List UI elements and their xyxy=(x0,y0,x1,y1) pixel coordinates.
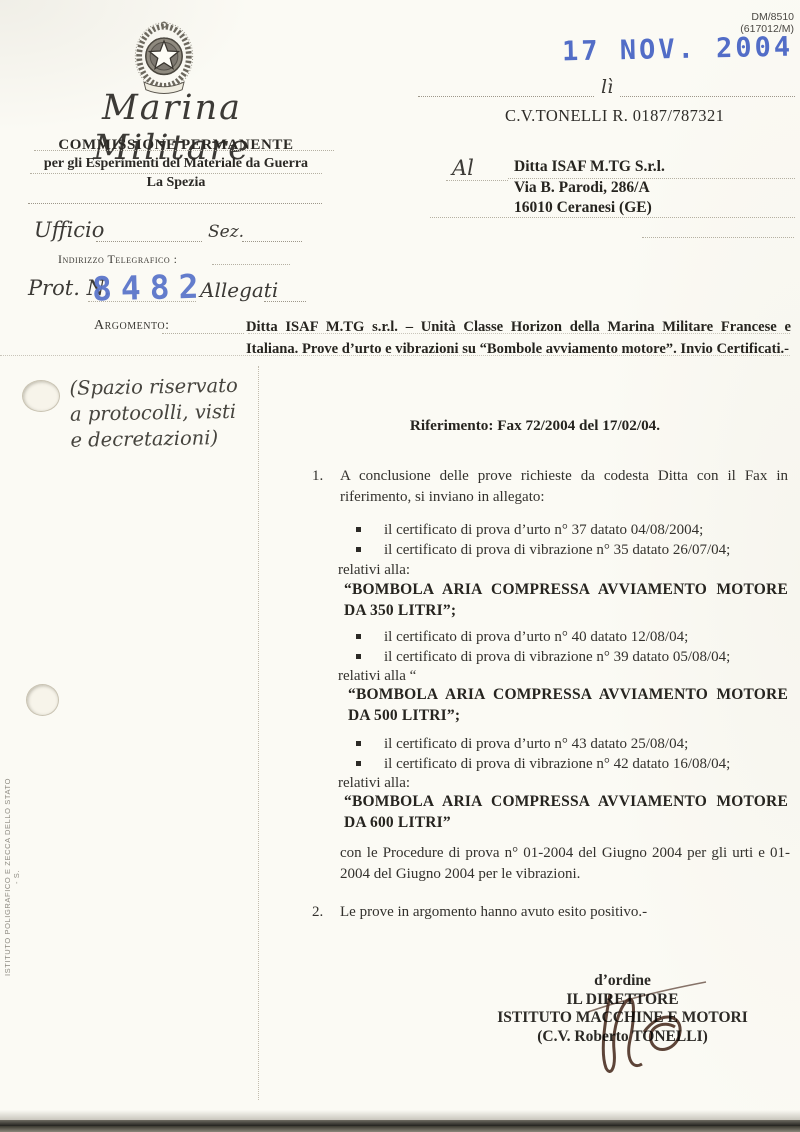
bombola-heading: “BOMBOLA ARIA COMPRESSA AVVIAMENTO MOTOR… xyxy=(348,684,788,726)
subject-text: Ditta ISAF M.TG s.r.l. – Unità Classe Ho… xyxy=(246,317,791,360)
procedures-paragraph: con le Procedure di prova n° 01-2004 del… xyxy=(340,843,790,885)
form-code: DM/8510 xyxy=(678,12,794,24)
date-stamp: 17 NOV. 2004 xyxy=(562,32,794,68)
al-label: Al xyxy=(452,156,474,180)
commission-subtitle: per gli Esperimenti del Materiale da Gue… xyxy=(24,156,328,172)
scan-edge-bottom xyxy=(0,1126,800,1132)
bullet-square-icon xyxy=(356,654,361,659)
dotted-rule xyxy=(446,180,508,181)
dotted-rule xyxy=(242,241,302,242)
dotted-rule xyxy=(88,301,196,302)
vertical-dotted-separator xyxy=(258,366,259,1100)
sez-label: Sez. xyxy=(208,222,244,242)
list-item-1-text: A conclusione delle prove richieste da c… xyxy=(340,466,788,508)
certificate-bullet: il certificato di prova di vibrazione n°… xyxy=(384,647,788,668)
bullet-square-icon xyxy=(356,527,361,532)
dotted-rule xyxy=(430,217,795,218)
certificate-bullet: il certificato di prova d’urto n° 43 dat… xyxy=(384,734,788,755)
list-item-2-number: 2. xyxy=(312,902,323,923)
certificate-bullet: il certificato di prova d’urto n° 40 dat… xyxy=(384,627,788,648)
dotted-rule xyxy=(28,203,322,204)
hole-punch xyxy=(26,684,59,716)
reference-line: Riferimento: Fax 72/2004 del 17/02/04. xyxy=(300,417,770,435)
bullet-square-icon xyxy=(356,547,361,552)
margin-note-line: e decretazioni) xyxy=(70,424,270,453)
commission-title: COMMISSIONE PERMANENTE xyxy=(30,137,322,154)
certificate-bullet: il certificato di prova di vibrazione n°… xyxy=(384,754,788,775)
margin-reserved-note: (Spazio riservato a protocolli, visti e … xyxy=(69,372,270,453)
dotted-rule xyxy=(30,173,322,174)
margin-note-line: a protocolli, visti xyxy=(70,398,270,427)
list-item-2-text: Le prove in argomento hanno avuto esito … xyxy=(340,902,790,923)
handwritten-signature xyxy=(588,980,708,1078)
li-label: lì xyxy=(601,76,613,98)
dotted-rule xyxy=(642,237,794,238)
relativi-alla-line: relativi alla: xyxy=(338,560,410,581)
ufficio-label: Ufficio xyxy=(34,218,104,242)
certificate-bullet: il certificato di prova di vibrazione n°… xyxy=(384,540,788,561)
bullet-square-icon xyxy=(356,761,361,766)
hole-punch xyxy=(22,380,60,412)
addressee-line3: 16010 Ceranesi (GE) xyxy=(514,199,652,217)
argomento-label: Argomento: xyxy=(94,318,169,334)
addressee-line1: Ditta ISAF M.TG S.r.l. xyxy=(514,158,665,176)
addressee-line2: Via B. Parodi, 286/A xyxy=(514,179,650,197)
commission-city: La Spezia xyxy=(30,175,322,191)
scanned-letter-page: DM/8510 (617012/M) 17 NOV. 2004 lì C.V.T… xyxy=(0,0,800,1132)
list-item-1-number: 1. xyxy=(312,466,323,487)
handwritten-signature-icon xyxy=(588,980,708,1078)
dotted-rule xyxy=(264,301,306,302)
margin-note-line: (Spazio riservato xyxy=(69,372,269,401)
certificate-bullet: il certificato di prova d’urto n° 37 dat… xyxy=(384,520,788,541)
dotted-rule xyxy=(96,241,202,242)
bullet-square-icon xyxy=(356,634,361,639)
allegati-label: Allegati xyxy=(200,278,278,302)
bombola-heading: “BOMBOLA ARIA COMPRESSA AVVIAMENTO MOTOR… xyxy=(344,791,788,833)
dotted-rule xyxy=(620,96,795,97)
dotted-rule xyxy=(212,264,290,265)
indirizzo-telegrafico-label: Indirizzo Telegrafico : xyxy=(58,252,178,267)
prot-number-stamp: 8482 xyxy=(92,266,208,308)
printer-imprint: ISTITUTO POLIGRAFICO E ZECCA DELLO STATO… xyxy=(3,777,21,977)
sender-reference: C.V.TONELLI R. 0187/787321 xyxy=(505,106,724,126)
bombola-heading: “BOMBOLA ARIA COMPRESSA AVVIAMENTO MOTOR… xyxy=(344,579,788,621)
scan-edge-smudge xyxy=(0,1110,800,1120)
dotted-rule xyxy=(418,96,594,97)
bullet-square-icon xyxy=(356,741,361,746)
dotted-rule xyxy=(162,333,244,334)
